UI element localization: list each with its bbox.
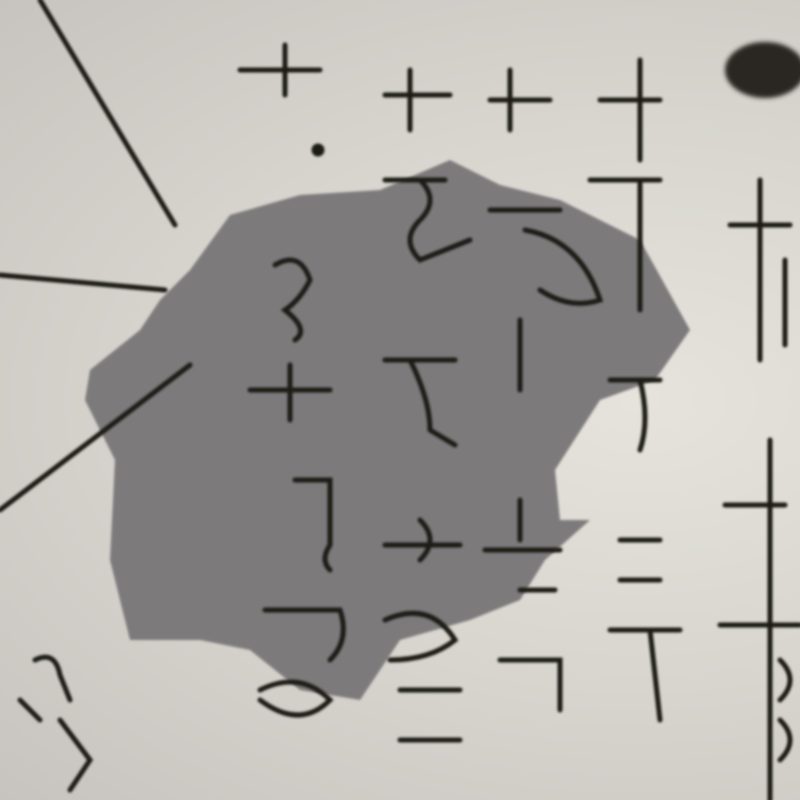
- ink-blot: [725, 42, 800, 98]
- handwriting-drawing: [0, 0, 800, 800]
- handwritten-page-photo: [0, 0, 800, 800]
